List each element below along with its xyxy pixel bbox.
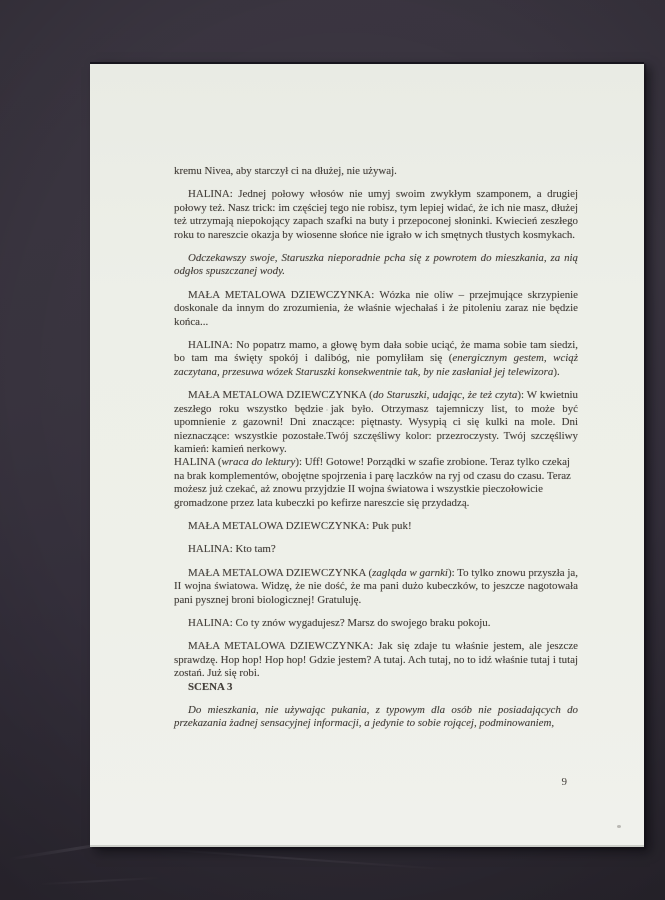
dialogue-text: kremu Nivea, aby starczył ci na dłużej, … — [174, 165, 397, 177]
stage-direction-text: Odczekawszy swoje, Staruszka nieporadnie… — [174, 252, 578, 277]
stage-direction-text: wraca do lektury — [222, 456, 296, 468]
dialogue-text: HALINA: Jednej połowy włosów nie umyj sw… — [174, 188, 578, 240]
dialogue-text: MAŁA METALOWA DZIEWCZYNKA: Jak się zdaje… — [174, 640, 578, 679]
script-text: kremu Nivea, aby starczył ci na dłużej, … — [174, 165, 578, 731]
script-page-sheet: kremu Nivea, aby starczył ci na dłużej, … — [90, 62, 644, 847]
paper-speck — [326, 409, 328, 411]
script-paragraph: HALINA: No popatrz mamo, a głowę bym dał… — [174, 339, 578, 379]
stage-direction-text: zagląda w garnki — [372, 567, 448, 579]
script-paragraph: HALINA: Kto tam? — [174, 543, 578, 556]
script-paragraph: MAŁA METALOWA DZIEWCZYNKA (zagląda w gar… — [174, 567, 578, 607]
dialogue-text: HALINA: Kto tam? — [188, 543, 276, 555]
script-paragraph: MAŁA METALOWA DZIEWCZYNKA: Jak się zdaje… — [174, 640, 578, 680]
script-paragraph: HALINA (wraca do lektury): Uff! Gotowe! … — [174, 456, 578, 510]
dialogue-text: MAŁA METALOWA DZIEWCZYNKA: Puk puk! — [188, 520, 412, 532]
dialogue-text: HALINA: Co ty znów wygadujesz? Marsz do … — [188, 617, 490, 629]
scanned-script-screen: kremu Nivea, aby starczył ci na dłużej, … — [0, 0, 665, 900]
page-number: 9 — [174, 776, 578, 788]
stage-direction-text: Do mieszkania, nie używając pukania, z t… — [174, 704, 578, 729]
dialogue-text: SCENA 3 — [188, 681, 232, 693]
script-paragraph: MAŁA METALOWA DZIEWCZYNKA: Wózka nie oli… — [174, 289, 578, 329]
script-paragraph: MAŁA METALOWA DZIEWCZYNKA (do Staruszki,… — [174, 389, 578, 456]
script-paragraph: Odczekawszy swoje, Staruszka nieporadnie… — [174, 252, 578, 279]
script-paragraph: SCENA 3 — [174, 681, 578, 694]
stage-direction-text: do Staruszki, udając, że też czyta — [373, 389, 518, 401]
dialogue-text: ). — [553, 366, 559, 378]
dialogue-text: MAŁA METALOWA DZIEWCZYNKA ( — [188, 567, 372, 579]
dialogue-text: HALINA ( — [174, 456, 222, 468]
script-paragraph: HALINA: Co ty znów wygadujesz? Marsz do … — [174, 617, 578, 630]
dialogue-text: MAŁA METALOWA DZIEWCZYNKA ( — [188, 389, 373, 401]
dialogue-text: MAŁA METALOWA DZIEWCZYNKA: Wózka nie oli… — [174, 289, 578, 328]
script-paragraph: Do mieszkania, nie używając pukania, z t… — [174, 704, 578, 731]
script-paragraph: HALINA: Jednej połowy włosów nie umyj sw… — [174, 188, 578, 242]
paper-speck — [617, 825, 621, 828]
script-paragraph: MAŁA METALOWA DZIEWCZYNKA: Puk puk! — [174, 520, 578, 533]
script-paragraph: kremu Nivea, aby starczył ci na dłużej, … — [174, 165, 578, 178]
